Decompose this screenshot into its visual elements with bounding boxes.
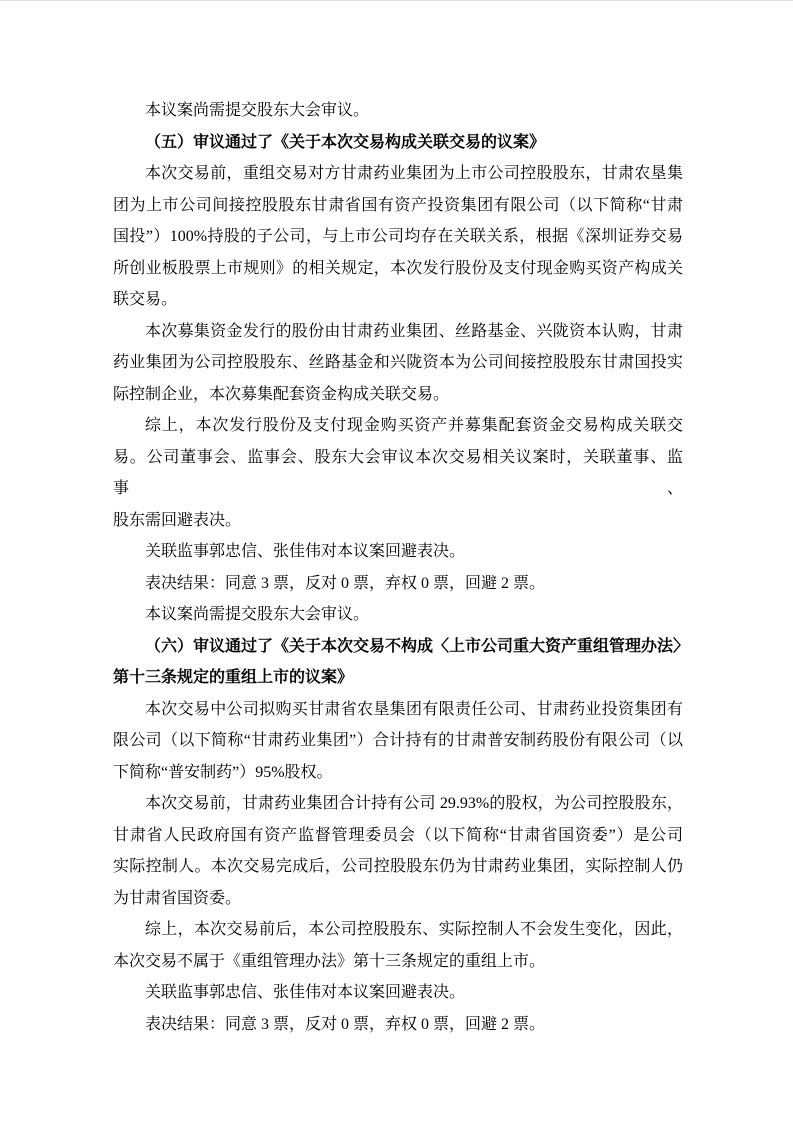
paragraph: 关联监事郭忠信、张佳伟对本议案回避表决。 (113, 536, 683, 568)
text-line: 关联监事郭忠信、张佳伟对本议案回避表决。 (113, 536, 683, 568)
paragraph: 关联监事郭忠信、张佳伟对本议案回避表决。 (113, 977, 683, 1009)
page-top-edge (0, 0, 793, 1)
heading-line: （六）审议通过了《关于本次交易不构成〈上市公司重大资产重组管理办法〉 (113, 631, 683, 663)
text-line: 限公司（以下简称“甘肃药业集团”）合计持有的甘肃普安制药股份有限公司（以 (113, 725, 683, 757)
text-line: 所创业板股票上市规则》的相关规定，本次发行股份及支付现金购买资产构成关 (113, 253, 683, 285)
text-line: 本次交易中公司拟购买甘肃省农垦集团有限责任公司、甘肃药业投资集团有 (113, 694, 683, 726)
text-line: 团为上市公司间接控股股东甘肃省国有资产投资集团有限公司（以下简称“甘肃 (113, 190, 683, 222)
paragraph: 综上，本次发行股份及支付现金购买资产并募集配套资金交易构成关联交易。公司董事会、… (113, 410, 683, 536)
text-line: 本次募集资金发行的股份由甘肃药业集团、丝路基金、兴陇资本认购，甘肃 (113, 316, 683, 348)
text-line: 综上，本次发行股份及支付现金购买资产并募集配套资金交易构成关联交 (113, 410, 683, 442)
text-line: 本次交易前，甘肃药业集团合计持有公司 29.93%的股权，为公司控股股东， (113, 788, 683, 820)
text-line: 综上，本次交易前后，本公司控股股东、实际控制人不会发生变化，因此， (113, 914, 683, 946)
text-line: 本议案尚需提交股东大会审议。 (113, 95, 683, 127)
text-line: 本议案尚需提交股东大会审议。 (113, 599, 683, 631)
heading-line: （五）审议通过了《关于本次交易构成关联交易的议案》 (113, 127, 683, 159)
text-line: 为甘肃省国资委。 (113, 883, 683, 915)
section-heading: （五）审议通过了《关于本次交易构成关联交易的议案》 (113, 127, 683, 159)
paragraph: 本议案尚需提交股东大会审议。 (113, 599, 683, 631)
text-line: 本次交易前，重组交易对方甘肃药业集团为上市公司控股股东，甘肃农垦集 (113, 158, 683, 190)
section-heading: （六）审议通过了《关于本次交易不构成〈上市公司重大资产重组管理办法〉第十三条规定… (113, 631, 683, 694)
document-page: 本议案尚需提交股东大会审议。（五）审议通过了《关于本次交易构成关联交易的议案》本… (0, 0, 793, 1122)
text-line: 国投”）100%持股的子公司，与上市公司均存在关联关系，根据《深圳证券交易 (113, 221, 683, 253)
paragraph: 本次募集资金发行的股份由甘肃药业集团、丝路基金、兴陇资本认购，甘肃药业集团为公司… (113, 316, 683, 411)
text-line: 易。公司董事会、监事会、股东大会审议本次交易相关议案时，关联董事、监事、 (113, 442, 683, 505)
text-line: 本次交易不属于《重组管理办法》第十三条规定的重组上市。 (113, 946, 683, 978)
paragraph: 本次交易中公司拟购买甘肃省农垦集团有限责任公司、甘肃药业投资集团有限公司（以下简… (113, 694, 683, 789)
text-line: 实际控制人。本次交易完成后，公司控股股东仍为甘肃药业集团，实际控制人仍 (113, 851, 683, 883)
paragraph: 表决结果：同意 3 票，反对 0 票，弃权 0 票，回避 2 票。 (113, 1009, 683, 1041)
paragraph: 本议案尚需提交股东大会审议。 (113, 95, 683, 127)
paragraph: 本次交易前，重组交易对方甘肃药业集团为上市公司控股股东，甘肃农垦集团为上市公司间… (113, 158, 683, 316)
paragraph: 综上，本次交易前后，本公司控股股东、实际控制人不会发生变化，因此，本次交易不属于… (113, 914, 683, 977)
text-line: 际控制企业，本次募集配套资金构成关联交易。 (113, 379, 683, 411)
text-line: 关联监事郭忠信、张佳伟对本议案回避表决。 (113, 977, 683, 1009)
text-line: 下简称“普安制药”）95%股权。 (113, 757, 683, 789)
text-line: 甘肃省人民政府国有资产监督管理委员会（以下简称“甘肃省国资委”）是公司 (113, 820, 683, 852)
heading-line: 第十三条规定的重组上市的议案》 (113, 662, 683, 694)
paragraph: 本次交易前，甘肃药业集团合计持有公司 29.93%的股权，为公司控股股东，甘肃省… (113, 788, 683, 914)
text-line: 药业集团为公司控股股东、丝路基金和兴陇资本为公司间接控股股东甘肃国投实 (113, 347, 683, 379)
document-content: 本议案尚需提交股东大会审议。（五）审议通过了《关于本次交易构成关联交易的议案》本… (113, 95, 683, 1040)
text-line: 股东需回避表决。 (113, 505, 683, 537)
text-line: 表决结果：同意 3 票，反对 0 票，弃权 0 票，回避 2 票。 (113, 568, 683, 600)
text-line: 联交易。 (113, 284, 683, 316)
paragraph: 表决结果：同意 3 票，反对 0 票，弃权 0 票，回避 2 票。 (113, 568, 683, 600)
text-line: 表决结果：同意 3 票，反对 0 票，弃权 0 票，回避 2 票。 (113, 1009, 683, 1041)
